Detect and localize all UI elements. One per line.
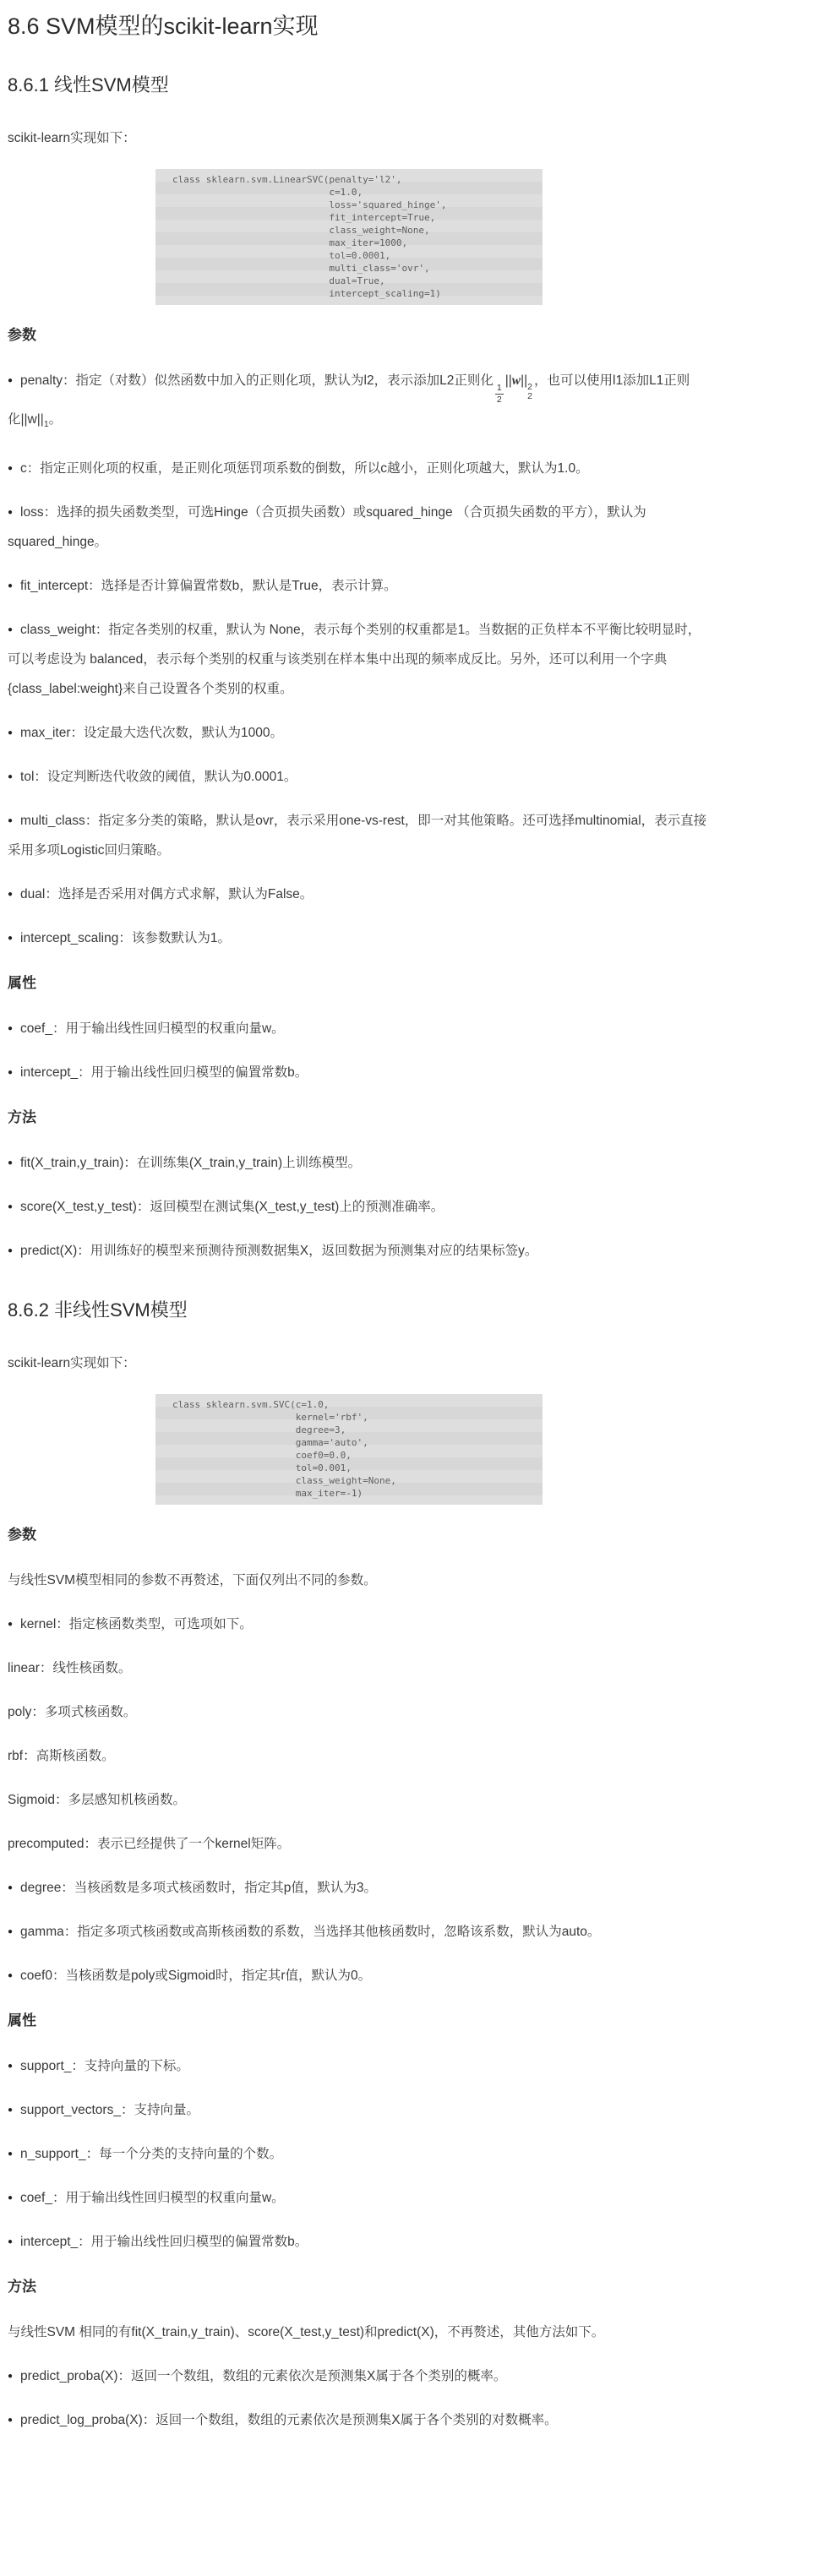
bullet-item: ●intercept_：用于输出线性回归模型的偏置常数b。 bbox=[8, 2227, 707, 2257]
text-run: intercept_scaling：该参数默认为1。 bbox=[20, 931, 231, 945]
fraction-numerator: 1 bbox=[495, 384, 504, 395]
paragraph: scikit-learn实现如下： bbox=[8, 1348, 707, 1378]
bullet-icon: ● bbox=[8, 816, 13, 825]
text-run: predict_log_proba(X)：返回一个数组，数组的元素依次是预测集X… bbox=[20, 2413, 558, 2427]
text-run: max_iter：设定最大迭代次数，默认为1000。 bbox=[20, 726, 283, 740]
bullet-item: ●class_weight：指定各类别的权重，默认为 None，表示每个类别的权… bbox=[8, 615, 707, 704]
section-heading: 8.6.2 非线性SVM模型 bbox=[8, 1298, 707, 1323]
text-run: degree：当核函数是多项式核函数时，指定其p值，默认为3。 bbox=[20, 1881, 377, 1895]
bullet-icon: ● bbox=[8, 1068, 13, 1077]
bullet-icon: ● bbox=[8, 2415, 13, 2425]
bullet-item: ●predict(X)：用训练好的模型来预测待预测数据集X，返回数据为预测集对应… bbox=[8, 1236, 707, 1266]
fraction: 12 bbox=[495, 384, 504, 405]
paragraph: 与线性SVM模型相同的参数不再赘述，下面仅列出不同的参数。 bbox=[8, 1566, 707, 1595]
text-run: coef0：当核函数是poly或Sigmoid时，指定其r值，默认为0。 bbox=[20, 1969, 371, 1983]
code-text: class sklearn.svm.LinearSVC(penalty='l2'… bbox=[172, 173, 536, 300]
bullet-item: ●fit(X_train,y_train)：在训练集(X_train,y_tra… bbox=[8, 1148, 707, 1178]
text-run: predict_proba(X)：返回一个数组，数组的元素依次是预测集X属于各个… bbox=[20, 2369, 506, 2383]
bullet-icon: ● bbox=[8, 772, 13, 782]
bullet-item: ●intercept_：用于输出线性回归模型的偏置常数b。 bbox=[8, 1058, 707, 1087]
bullet-item: ●multi_class：指定多分类的策略，默认是ovr，表示采用one-vs-… bbox=[8, 806, 707, 865]
bullet-icon: ● bbox=[8, 728, 13, 738]
bullet-item: ●score(X_test,y_test)：返回模型在测试集(X_test,y_… bbox=[8, 1192, 707, 1222]
code-text: class sklearn.svm.SVC(c=1.0, kernel='rbf… bbox=[172, 1398, 536, 1500]
bullet-icon: ● bbox=[8, 2061, 13, 2071]
text-run: scikit-learn实现如下： bbox=[8, 1356, 136, 1370]
bullet-item: ●support_：支持向量的下标。 bbox=[8, 2051, 707, 2081]
subsection-heading: 属性 bbox=[8, 969, 707, 998]
bullet-icon: ● bbox=[8, 1883, 13, 1893]
code-block: class sklearn.svm.LinearSVC(penalty='l2'… bbox=[155, 169, 543, 305]
text-run: rbf：高斯核函数。 bbox=[8, 1749, 115, 1763]
text-run: c：指定正则化项的权重，是正则化项惩罚项系数的倒数，所以c越小，正则化项越大，默… bbox=[20, 461, 589, 476]
bullet-item: ●tol：设定判断迭代收敛的阈值，默认为0.0001。 bbox=[8, 762, 707, 792]
math-symbol: w bbox=[512, 373, 521, 388]
bullet-item: ●degree：当核函数是多项式核函数时，指定其p值，默认为3。 bbox=[8, 1873, 707, 1903]
paragraph: poly：多项式核函数。 bbox=[8, 1697, 707, 1727]
text-run: 与线性SVM 相同的有fit(X_train,y_train)、score(X_… bbox=[8, 2325, 604, 2339]
subsection-heading: 方法 bbox=[8, 2273, 707, 2301]
text-run: multi_class：指定多分类的策略，默认是ovr，表示采用one-vs-r… bbox=[8, 814, 706, 858]
bullet-item: ●dual：选择是否采用对偶方式求解，默认为False。 bbox=[8, 880, 707, 909]
text-run: n_support_：每一个分类的支持向量的个数。 bbox=[20, 2147, 282, 2161]
bullet-item: ●kernel：指定核函数类型，可选项如下。 bbox=[8, 1609, 707, 1639]
bullet-icon: ● bbox=[8, 581, 13, 591]
bullet-icon: ● bbox=[8, 934, 13, 943]
text-run: gamma：指定多项式核函数或高斯核函数的系数，当选择其他核函数时，忽略该系数，… bbox=[20, 1925, 600, 1939]
bullet-item: ●penalty：指定（对数）似然函数中加入的正则化项，默认为l2，表示添加L2… bbox=[8, 366, 707, 439]
article-content: 8.6 SVM模型的scikit-learn实现8.6.1 线性SVM模型sci… bbox=[8, 12, 707, 2435]
text-run: support_：支持向量的下标。 bbox=[20, 2059, 189, 2073]
bullet-icon: ● bbox=[8, 1024, 13, 1033]
bullet-item: ●n_support_：每一个分类的支持向量的个数。 bbox=[8, 2139, 707, 2169]
bullet-item: ●coef_：用于输出线性回归模型的权重向量w。 bbox=[8, 1014, 707, 1043]
subsection-heading: 属性 bbox=[8, 2007, 707, 2035]
text-run: coef_：用于输出线性回归模型的权重向量w。 bbox=[20, 1021, 285, 1036]
text-run: precomputed：表示已经提供了一个kernel矩阵。 bbox=[8, 1837, 290, 1851]
fraction-denominator: 2 bbox=[495, 395, 504, 405]
text-run: 。 bbox=[49, 412, 63, 427]
bullet-icon: ● bbox=[8, 1971, 13, 1980]
text-run: linear：线性核函数。 bbox=[8, 1661, 131, 1675]
bullet-icon: ● bbox=[8, 376, 13, 385]
bullet-icon: ● bbox=[8, 1246, 13, 1255]
text-run: || bbox=[521, 373, 527, 388]
bullet-icon: ● bbox=[8, 2237, 13, 2247]
text-run: score(X_test,y_test)：返回模型在测试集(X_test,y_t… bbox=[20, 1200, 444, 1214]
document-page: { "colors": { "page_bg": "#ffffff", "bod… bbox=[0, 0, 818, 2576]
sup-sub: 22 bbox=[527, 383, 532, 401]
bullet-icon: ● bbox=[8, 625, 13, 634]
text-run: Sigmoid：多层感知机核函数。 bbox=[8, 1793, 186, 1807]
bullet-item: ●intercept_scaling：该参数默认为1。 bbox=[8, 923, 707, 953]
text-run: intercept_：用于输出线性回归模型的偏置常数b。 bbox=[20, 2235, 308, 2249]
text-run: penalty：指定（对数）似然函数中加入的正则化项，默认为l2，表示添加L2正… bbox=[20, 373, 494, 388]
subsection-heading: 参数 bbox=[8, 321, 707, 350]
bullet-item: ●support_vectors_：支持向量。 bbox=[8, 2095, 707, 2125]
bullet-item: ●max_iter：设定最大迭代次数，默认为1000。 bbox=[8, 718, 707, 748]
section-heading: 8.6.1 线性SVM模型 bbox=[8, 73, 707, 98]
bullet-icon: ● bbox=[8, 1927, 13, 1936]
text-run: fit(X_train,y_train)：在训练集(X_train,y_trai… bbox=[20, 1156, 361, 1170]
text-run: coef_：用于输出线性回归模型的权重向量w。 bbox=[20, 2191, 285, 2205]
bullet-item: ●predict_log_proba(X)：返回一个数组，数组的元素依次是预测集… bbox=[8, 2405, 707, 2435]
bullet-icon: ● bbox=[8, 2193, 13, 2203]
text-run: || bbox=[505, 373, 512, 388]
paragraph: linear：线性核函数。 bbox=[8, 1653, 707, 1683]
bullet-icon: ● bbox=[8, 1202, 13, 1212]
bullet-item: ●c：指定正则化项的权重，是正则化项惩罚项系数的倒数，所以c越小，正则化项越大，… bbox=[8, 454, 707, 483]
bullet-item: ●gamma：指定多项式核函数或高斯核函数的系数，当选择其他核函数时，忽略该系数… bbox=[8, 1917, 707, 1947]
text-run: tol：设定判断迭代收敛的阈值，默认为0.0001。 bbox=[20, 770, 297, 784]
bullet-icon: ● bbox=[8, 464, 13, 473]
text-run: 与线性SVM模型相同的参数不再赘述，下面仅列出不同的参数。 bbox=[8, 1573, 377, 1588]
bullet-item: ●coef_：用于输出线性回归模型的权重向量w。 bbox=[8, 2183, 707, 2213]
paragraph: precomputed：表示已经提供了一个kernel矩阵。 bbox=[8, 1829, 707, 1859]
text-run: loss：选择的损失函数类型，可选Hinge（合页损失函数）或squared_h… bbox=[8, 505, 646, 549]
bullet-icon: ● bbox=[8, 890, 13, 899]
paragraph: 与线性SVM 相同的有fit(X_train,y_train)、score(X_… bbox=[8, 2317, 707, 2347]
bullet-icon: ● bbox=[8, 1158, 13, 1168]
bullet-icon: ● bbox=[8, 2105, 13, 2115]
text-run: kernel：指定核函数类型，可选项如下。 bbox=[20, 1617, 253, 1631]
bullet-item: ●predict_proba(X)：返回一个数组，数组的元素依次是预测集X属于各… bbox=[8, 2361, 707, 2391]
text-run: dual：选择是否采用对偶方式求解，默认为False。 bbox=[20, 887, 313, 901]
bullet-item: ●fit_intercept：选择是否计算偏置常数b，默认是True，表示计算。 bbox=[8, 571, 707, 601]
subsection-heading: 参数 bbox=[8, 1521, 707, 1549]
subsection-heading: 方法 bbox=[8, 1103, 707, 1132]
paragraph: rbf：高斯核函数。 bbox=[8, 1741, 707, 1771]
paragraph: scikit-learn实现如下： bbox=[8, 123, 707, 153]
bullet-icon: ● bbox=[8, 2372, 13, 2381]
subscript: 2 bbox=[527, 392, 532, 401]
bullet-item: ●loss：选择的损失函数类型，可选Hinge（合页损失函数）或squared_… bbox=[8, 498, 707, 557]
text-run: support_vectors_：支持向量。 bbox=[20, 2103, 199, 2117]
bullet-item: ●coef0：当核函数是poly或Sigmoid时，指定其r值，默认为0。 bbox=[8, 1961, 707, 1991]
text-run: predict(X)：用训练好的模型来预测待预测数据集X，返回数据为预测集对应的… bbox=[20, 1244, 537, 1258]
text-run: scikit-learn实现如下： bbox=[8, 131, 136, 145]
text-run: poly：多项式核函数。 bbox=[8, 1705, 136, 1719]
paragraph: Sigmoid：多层感知机核函数。 bbox=[8, 1785, 707, 1815]
code-block: class sklearn.svm.SVC(c=1.0, kernel='rbf… bbox=[155, 1394, 543, 1505]
article-title: 8.6 SVM模型的scikit-learn实现 bbox=[8, 12, 707, 41]
bullet-icon: ● bbox=[8, 2149, 13, 2159]
text-run: class_weight：指定各类别的权重，默认为 None，表示每个类别的权重… bbox=[8, 623, 701, 696]
text-run: fit_intercept：选择是否计算偏置常数b，默认是True，表示计算。 bbox=[20, 579, 397, 593]
text-run: intercept_：用于输出线性回归模型的偏置常数b。 bbox=[20, 1065, 308, 1080]
bullet-icon: ● bbox=[8, 508, 13, 517]
bullet-icon: ● bbox=[8, 1620, 13, 1629]
article: 8.6 SVM模型的scikit-learn实现8.6.1 线性SVM模型sci… bbox=[0, 0, 818, 2576]
